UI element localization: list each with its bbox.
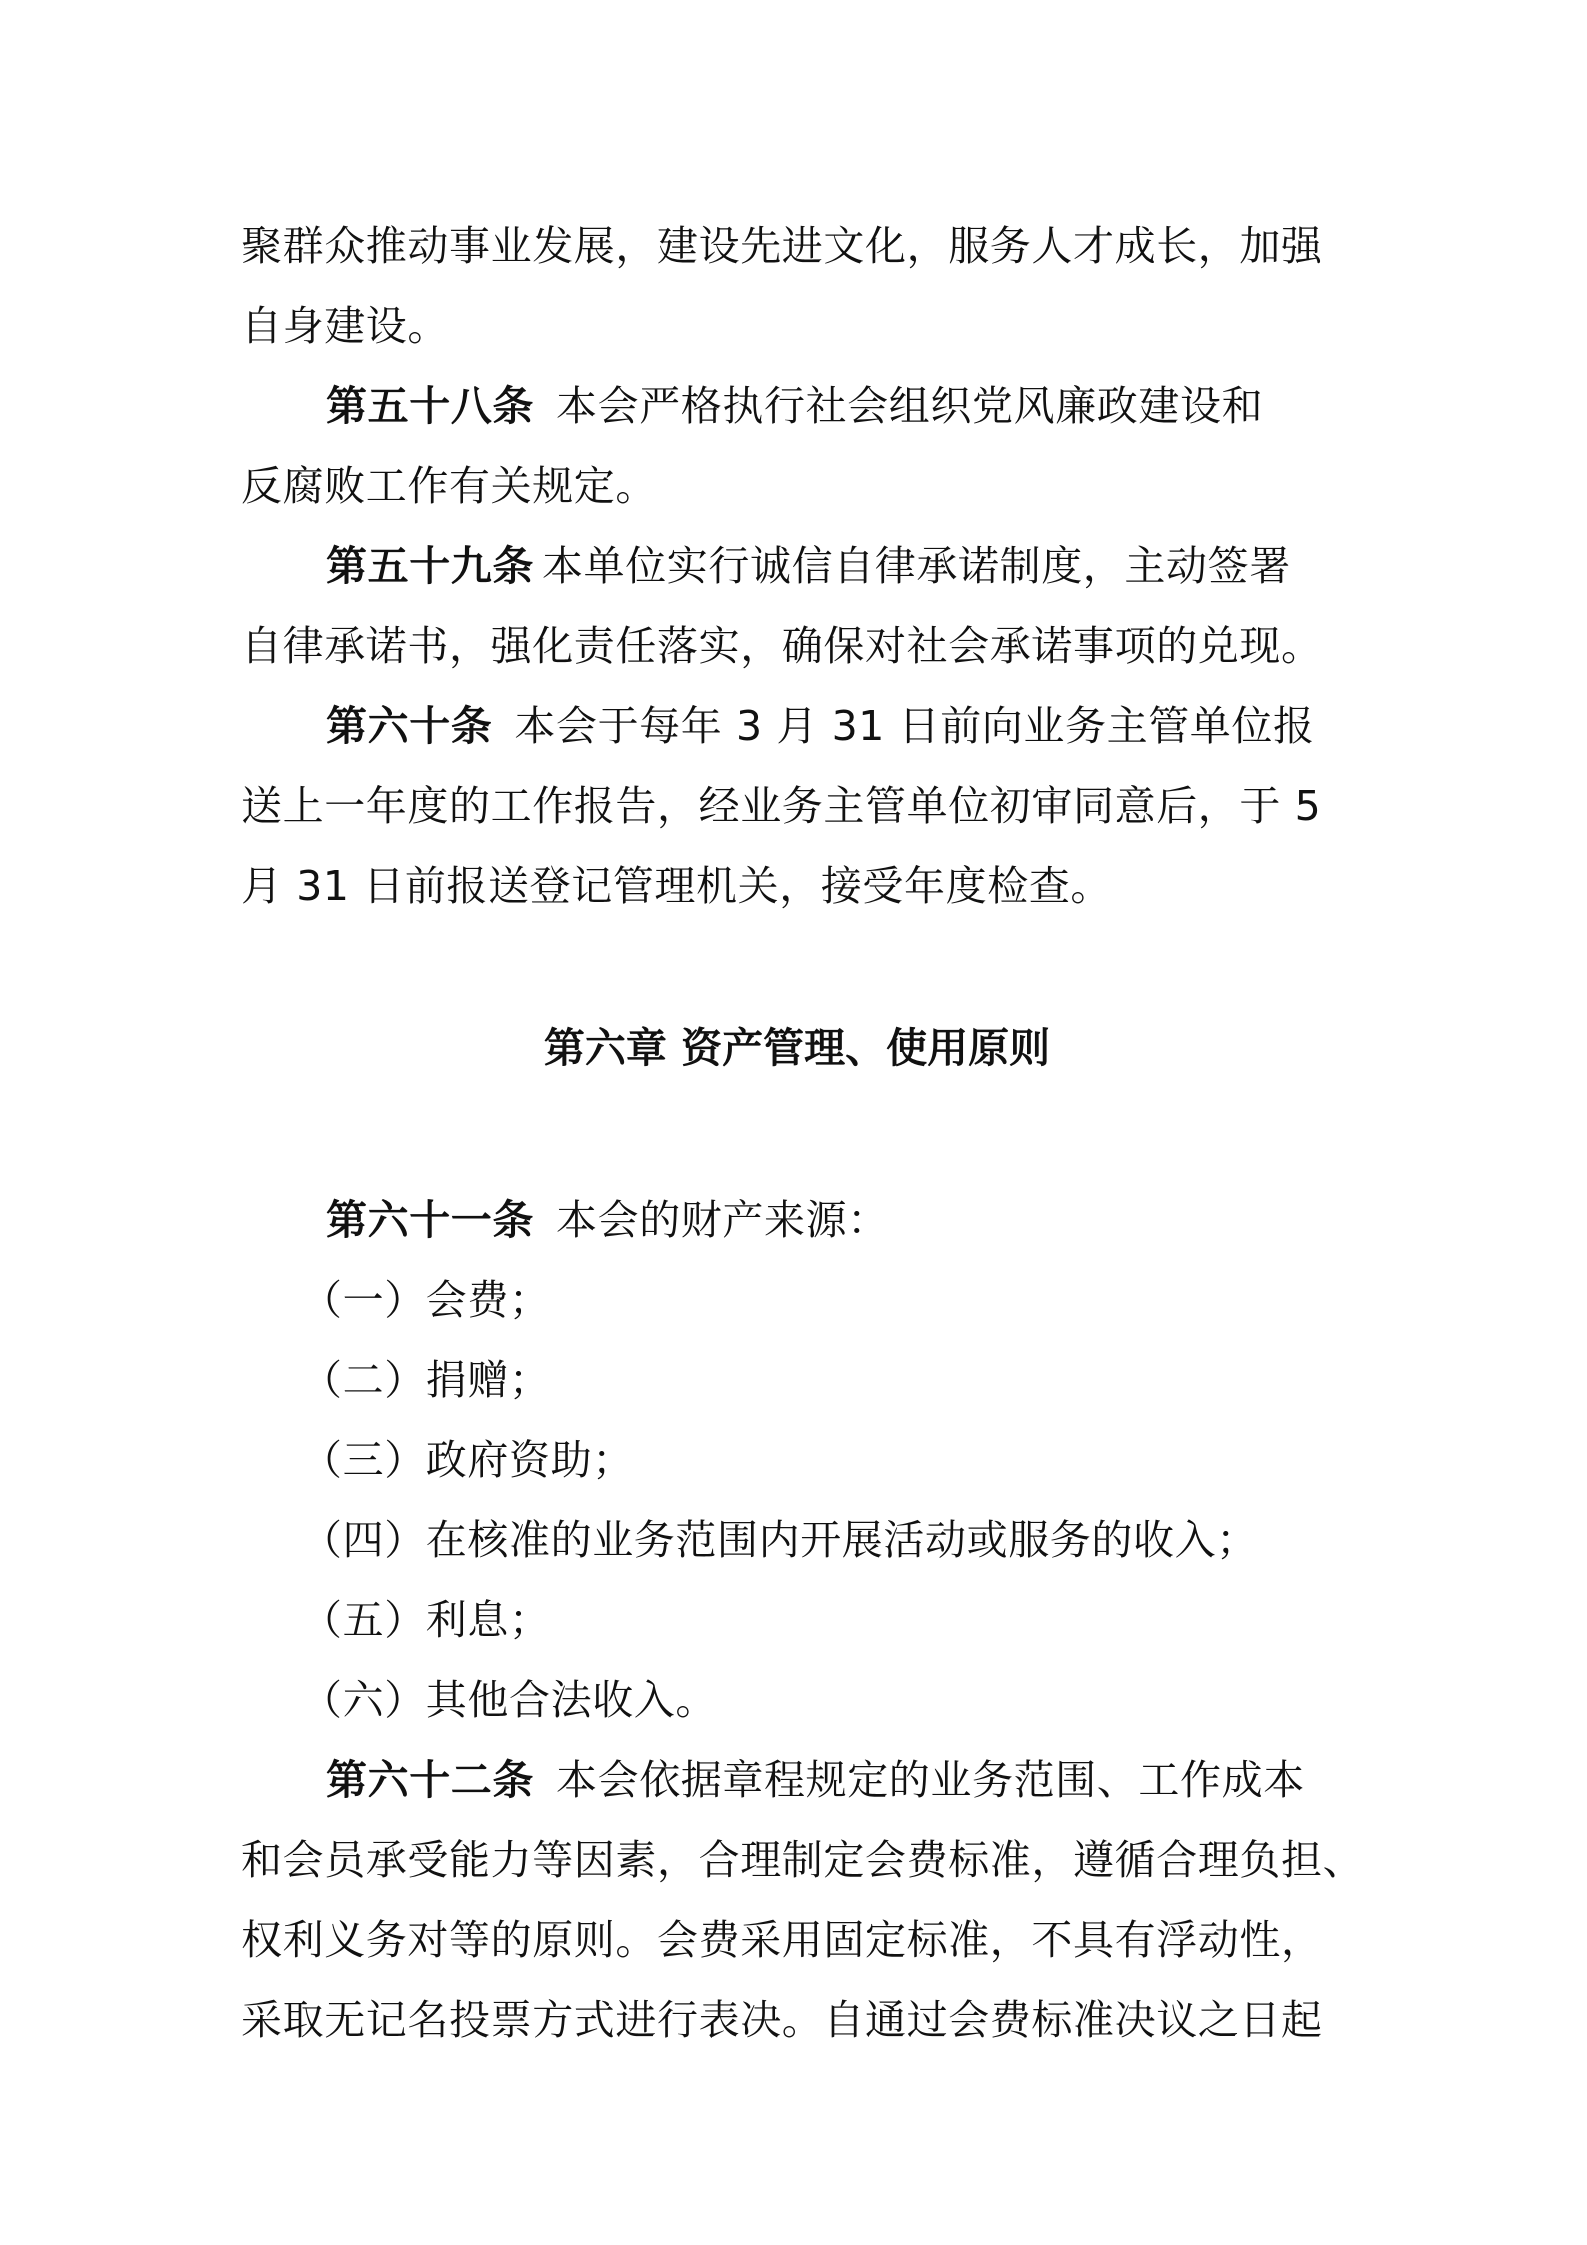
list-item: （四）在核准的业务范围内开展活动或服务的收入；: [241, 1500, 1353, 1580]
article-text: 本单位实行诚信自律承诺制度，主动签署: [542, 542, 1291, 590]
paragraph-line: 自身建设。: [241, 286, 1353, 366]
article-59: 第五十九条本单位实行诚信自律承诺制度，主动签署: [241, 526, 1353, 606]
paragraph-line: 聚群众推动事业发展，建设先进文化，服务人才成长，加强: [241, 206, 1353, 286]
list-item: （六）其他合法收入。: [241, 1660, 1353, 1740]
article-text: 本会于每年 3 月 31 日前向业务主管单位报: [514, 702, 1314, 750]
article-label: 第六十条: [326, 702, 492, 750]
document-page: 聚群众推动事业发展，建设先进文化，服务人才成长，加强 自身建设。 第五十八条本会…: [241, 206, 1353, 2060]
paragraph-line: 自律承诺书，强化责任落实，确保对社会承诺事项的兑现。: [241, 606, 1353, 686]
spacer: [241, 926, 1353, 1008]
article-text: 本会依据章程规定的业务范围、工作成本: [556, 1756, 1305, 1804]
list-item: （三）政府资助；: [241, 1420, 1353, 1500]
list-item: （二）捐赠；: [241, 1340, 1353, 1420]
article-58: 第五十八条本会严格执行社会组织党风廉政建设和: [241, 366, 1353, 446]
paragraph-line: 反腐败工作有关规定。: [241, 446, 1353, 526]
spacer: [241, 1088, 1353, 1180]
paragraph-line: 月 31 日前报送登记管理机关，接受年度检查。: [241, 846, 1353, 926]
article-62: 第六十二条本会依据章程规定的业务范围、工作成本: [241, 1740, 1353, 1820]
article-61: 第六十一条本会的财产来源：: [241, 1180, 1353, 1260]
chapter-title: 第六章 资产管理、使用原则: [241, 1008, 1353, 1088]
list-item: （一）会费；: [241, 1260, 1353, 1340]
article-text: 本会的财产来源：: [556, 1196, 889, 1244]
list-item: （五）利息；: [241, 1580, 1353, 1660]
article-label: 第六十二条: [326, 1756, 534, 1804]
article-label: 第六十一条: [326, 1196, 534, 1244]
paragraph-line: 和会员承受能力等因素，合理制定会费标准，遵循合理负担、: [241, 1820, 1353, 1900]
paragraph-line: 权利义务对等的原则。会费采用固定标准，不具有浮动性，: [241, 1900, 1353, 1980]
article-label: 第五十八条: [326, 382, 534, 430]
article-label: 第五十九条: [326, 542, 534, 590]
article-text: 本会严格执行社会组织党风廉政建设和: [556, 382, 1263, 430]
paragraph-line: 采取无记名投票方式进行表决。自通过会费标准决议之日起: [241, 1980, 1353, 2060]
article-60: 第六十条本会于每年 3 月 31 日前向业务主管单位报: [241, 686, 1353, 766]
paragraph-line: 送上一年度的工作报告，经业务主管单位初审同意后，于 5: [241, 766, 1353, 846]
